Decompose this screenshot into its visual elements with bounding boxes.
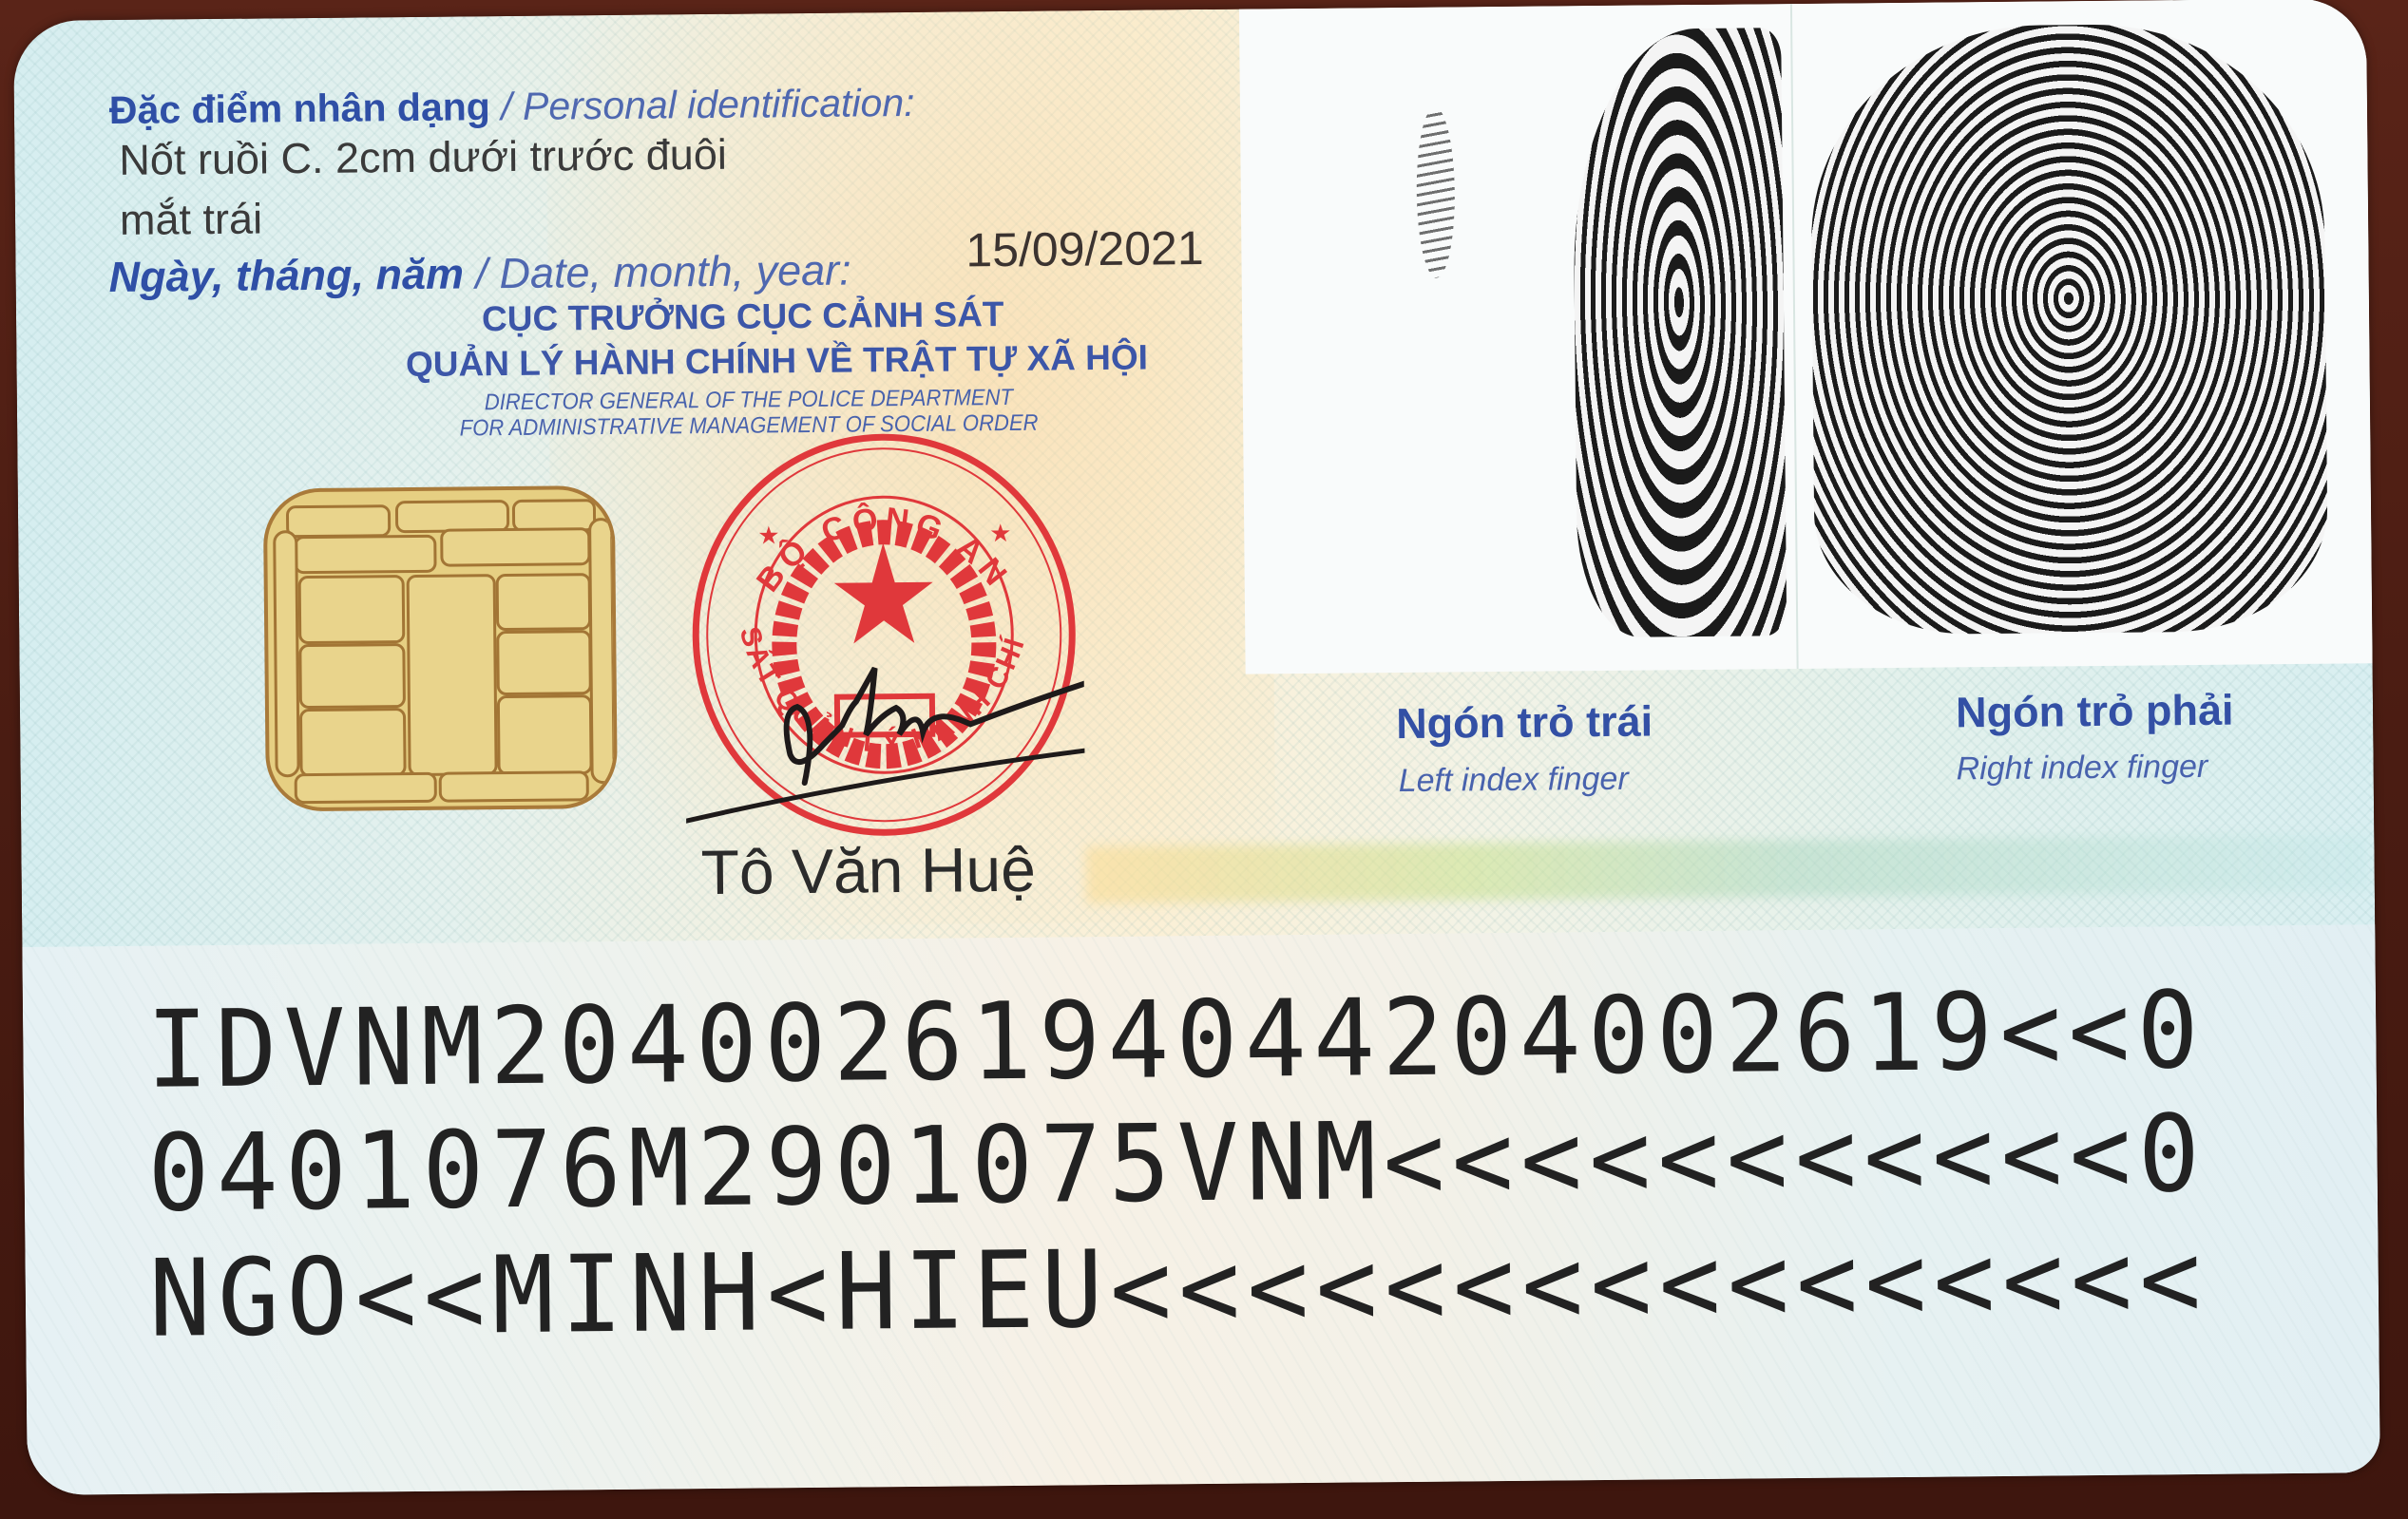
label-separator: / <box>490 85 524 128</box>
left-index-fingerprint-icon <box>1572 28 1787 637</box>
issue-date-label-vn: Ngày, tháng, năm <box>108 249 464 301</box>
mrz-line-1: IDVNM2040026194044204002619<<0 <box>146 969 2207 1112</box>
personal-identification-value-line2: mắt trái <box>120 194 263 244</box>
issue-date-label-en: Date, month, year: <box>499 246 851 298</box>
right-index-fingerprint-icon <box>1809 23 2328 636</box>
personal-identification-label-en: Personal identification: <box>523 81 915 128</box>
iridescent-band <box>1085 834 2369 903</box>
issuer-title-vn-line2: QUẢN LÝ HÀNH CHÍNH VỀ TRẬT TỰ XÃ HỘI <box>349 337 1204 386</box>
fingerprint-panel <box>1239 0 2373 674</box>
personal-identification-label: Đặc điểm nhân dạng / Personal identifica… <box>109 81 915 133</box>
svg-text:★: ★ <box>989 519 1012 547</box>
partial-print-mark <box>1416 106 1456 277</box>
label-separator: / <box>464 249 500 297</box>
issuer-title-vn-line1: CỤC TRƯỞNG CỤC CẢNH SÁT <box>482 294 957 339</box>
right-finger-label-vn: Ngón trỏ phải <box>1956 686 2234 738</box>
id-card-back: Đặc điểm nhân dạng / Personal identifica… <box>13 0 2380 1495</box>
right-finger-label-en: Right index finger <box>1956 749 2207 788</box>
mrz-line-2: 0401076M2901075VNM<<<<<<<<<<<0 <box>147 1092 2207 1236</box>
personal-identification-label-vn: Đặc điểm nhân dạng <box>109 85 490 132</box>
signer-name: Tô Văn Huệ <box>700 833 1036 908</box>
official-seal-icon: BỘ CÔNG AN CỤC CẢNH SÁT QUẢN LÝ HÀNH CHÍ… <box>682 428 1085 841</box>
fingerprint-divider <box>1790 4 1799 669</box>
issue-date-label: Ngày, tháng, năm / Date, month, year: <box>108 246 851 302</box>
issue-date-value: 15/09/2021 <box>965 220 1204 277</box>
mrz-line-3: NGO<<MINH<HIEU<<<<<<<<<<<<<<<< <box>148 1218 2208 1361</box>
left-finger-label-en: Left index finger <box>1399 761 1629 800</box>
smart-chip-icon <box>263 485 618 812</box>
svg-text:★: ★ <box>757 521 780 549</box>
left-finger-label-vn: Ngón trỏ trái <box>1396 696 1653 749</box>
personal-identification-value-line1: Nốt ruồi C. 2cm dưới trước đuôi <box>119 130 727 185</box>
